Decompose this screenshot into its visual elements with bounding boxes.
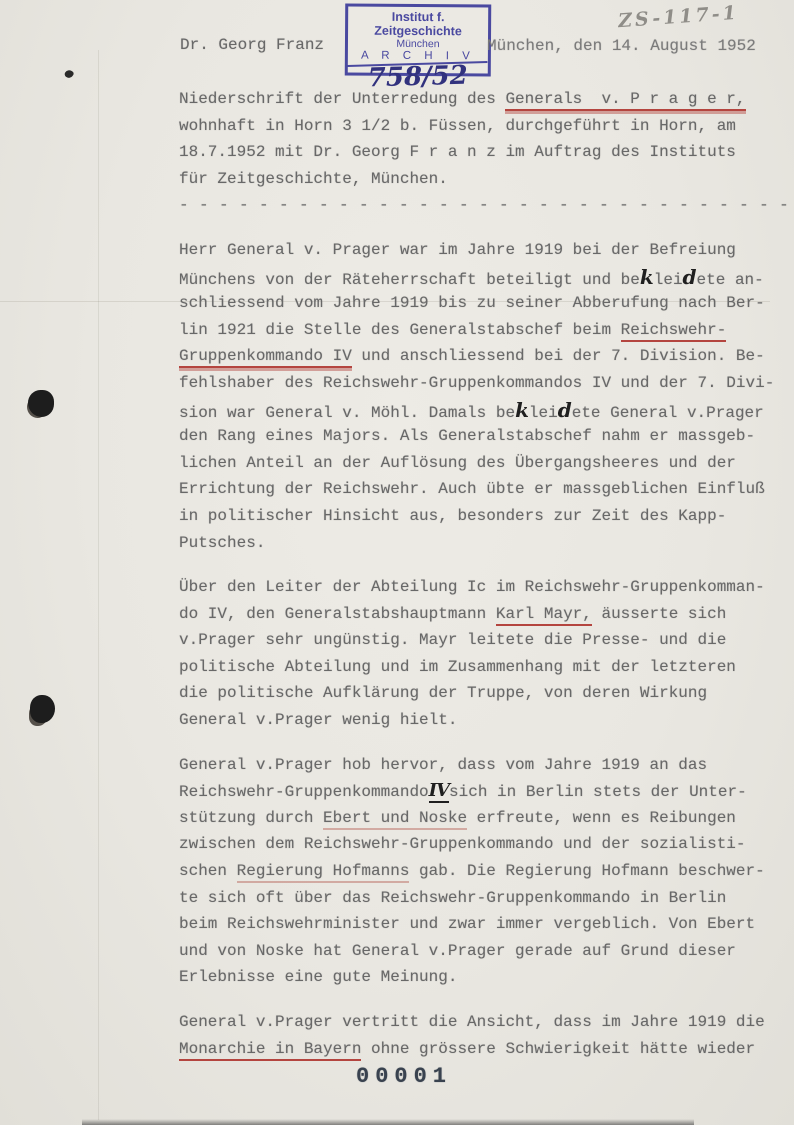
typed-segment-hw: k [640,265,654,289]
paper-fold-line [98,50,99,1120]
typed-segment: Niederschrift der Unterredung des [179,90,505,108]
typed-segment: und anschliessend bei der 7. Division. B… [352,347,765,365]
typed-segment: lei [529,404,558,422]
typed-segment: ohne grössere Schwierigkeit hätte wieder [361,1040,755,1058]
typed-segment-u-red: Reichswehr- [621,321,727,342]
typed-segment: stützung durch [179,809,323,827]
typed-segment: fehlshaber des Reichswehr-Gruppenkommand… [179,374,774,392]
paragraph-3: General v.Prager hob hervor, dass vom Ja… [179,752,794,991]
typed-segment: für Zeitgeschichte, München. [179,170,448,188]
hole-punch-mark-bottom [30,695,55,723]
handwritten-archive-ref: ZS-117-1 [617,2,739,32]
typed-line: stützung durch Ebert und Noske erfreute,… [179,805,794,832]
typed-line: 18.7.1952 mit Dr. Georg F r a n z im Auf… [179,139,794,166]
typed-line: te sich oft über das Reichswehr-Gruppenk… [179,885,794,912]
typed-segment: ete General v.Prager [572,404,764,422]
typed-line: und von Noske hat General v.Prager gerad… [179,938,794,965]
typed-segment: 18.7.1952 mit Dr. Georg F r a n z im Auf… [179,143,736,161]
typed-segment: den Rang eines Majors. Als Generalstabsc… [179,427,755,445]
typed-line: schliessend vom Jahre 1919 bis zu seiner… [179,290,794,317]
typed-body: Niederschrift der Unterredung des Genera… [179,86,794,1062]
typed-line: General v.Prager vertritt die Ansicht, d… [179,1009,794,1036]
typed-line: Herr General v. Prager war im Jahre 1919… [179,237,794,264]
typed-segment: sich in Berlin stets der Unter- [449,783,747,801]
typed-line: Errichtung der Reichswehr. Auch übte er … [179,476,794,503]
title-block: Niederschrift der Unterredung des Genera… [179,86,794,192]
typed-segment: wohnhaft in Horn 3 1/2 b. Füssen, durchg… [179,117,736,135]
scanned-document-page: Dr. Georg Franz Institut f. Zeitgeschich… [0,0,794,1125]
typed-segment-hw-u: IV [429,780,449,803]
typed-segment: lin 1921 die Stelle des Generalstabschef… [179,321,621,339]
typed-segment: zwischen dem Reichswehr-Gruppenkommando … [179,835,746,853]
typed-segment-u-faint: Regierung Hofmanns [237,862,410,883]
typed-line: die politische Aufklärung der Truppe, vo… [179,680,794,707]
paragraph-1: Herr General v. Prager war im Jahre 1919… [179,237,794,556]
typed-segment: te sich oft über das Reichswehr-Gruppenk… [179,889,726,907]
typed-segment: politische Abteilung und im Zusammenhang… [179,658,736,676]
typed-segment: erfreute, wenn es Reibungen [467,809,736,827]
typed-segment: Reichswehr-Gruppenkommando [179,783,429,801]
typed-segment-u-double: Generals v. P r a g e r, [505,90,745,111]
typed-line: Erlebnisse eine gute Meinung. [179,964,794,991]
typed-segment-u-red: Karl Mayr, [496,605,592,626]
typed-segment: v.Prager sehr ungünstig. Mayr leitete di… [179,631,726,649]
typed-segment-hw: k [515,398,529,422]
ink-speck [63,68,74,79]
typed-line: Münchens von der Räteherrschaft beteilig… [179,264,794,291]
typed-segment: gab. Die Regierung Hofmann beschwer- [409,862,764,880]
typed-segment: in politischer Hinsicht aus, besonders z… [179,507,726,525]
typed-line: fehlshaber des Reichswehr-Gruppenkommand… [179,370,794,397]
typed-segment: Über den Leiter der Abteilung Ic im Reic… [179,578,765,596]
typed-line: Monarchie in Bayern ohne grössere Schwie… [179,1036,794,1063]
typed-line: schen Regierung Hofmanns gab. Die Regier… [179,858,794,885]
typed-segment: General v.Prager wenig hielt. [179,711,457,729]
stamp-institute-name: Institut f. Zeitgeschichte [348,10,488,39]
typed-segment-u-faint: Ebert und Noske [323,809,467,830]
typed-line: General v.Prager wenig hielt. [179,707,794,734]
typed-segment: beim Reichswehrminister und zwar immer v… [179,915,755,933]
typed-segment-u-red: Monarchie in Bayern [179,1040,361,1061]
typed-segment: schliessend vom Jahre 1919 bis zu seiner… [179,294,765,312]
typed-line: General v.Prager hob hervor, dass vom Ja… [179,752,794,779]
typed-segment: und von Noske hat General v.Prager gerad… [179,942,736,960]
scan-bottom-edge [82,1119,694,1125]
typed-line: Gruppenkommando IV und anschliessend bei… [179,343,794,370]
typed-line: den Rang eines Majors. Als Generalstabsc… [179,423,794,450]
typed-segment: lei [654,271,683,289]
typed-segment: äusserte sich [592,605,726,623]
typed-line: Reichswehr-GruppenkommandoIVsich in Berl… [179,778,794,805]
typed-segment: Herr General v. Prager war im Jahre 1919… [179,241,736,259]
typed-segment-hw: d [558,398,572,422]
hole-punch-mark-top [28,390,54,417]
dashed-separator: - - - - - - - - - - - - - - - - - - - - … [179,192,794,219]
typed-segment: Erlebnisse eine gute Meinung. [179,968,457,986]
typed-segment-hw: d [683,265,697,289]
typed-line: lin 1921 die Stelle des Generalstabschef… [179,317,794,344]
typed-line: Über den Leiter der Abteilung Ic im Reic… [179,574,794,601]
typed-line: Putsches. [179,530,794,557]
typed-line: zwischen dem Reichswehr-Gruppenkommando … [179,831,794,858]
typed-line: beim Reichswehrminister und zwar immer v… [179,911,794,938]
author-line: Dr. Georg Franz [180,36,324,54]
typed-line: do IV, den Generalstabshauptmann Karl Ma… [179,601,794,628]
typed-line: sion war General v. Möhl. Damals bekleid… [179,397,794,424]
typed-segment: do IV, den Generalstabshauptmann [179,605,496,623]
paragraph-2: Über den Leiter der Abteilung Ic im Reic… [179,574,794,734]
place-date-line: München, den 14. August 1952 [487,37,756,55]
typed-segment: Münchens von der Räteherrschaft beteilig… [179,271,640,289]
typed-line: politische Abteilung und im Zusammenhang… [179,654,794,681]
typed-segment: sion war General v. Möhl. Damals be [179,404,515,422]
typed-segment: ete an- [697,271,764,289]
typed-segment: General v.Prager hob hervor, dass vom Ja… [179,756,707,774]
typed-segment: Errichtung der Reichswehr. Auch übte er … [179,480,765,498]
typed-line: v.Prager sehr ungünstig. Mayr leitete di… [179,627,794,654]
typed-line: in politischer Hinsicht aus, besonders z… [179,503,794,530]
archive-stamp: Institut f. Zeitgeschichte München A R C… [345,3,491,76]
typed-segment: Putsches. [179,534,265,552]
paragraph-4: General v.Prager vertritt die Ansicht, d… [179,1009,794,1062]
typed-segment: lichen Anteil an der Auflösung des Überg… [179,454,736,472]
page-number-stamp: 00001 [356,1064,452,1089]
typed-line: wohnhaft in Horn 3 1/2 b. Füssen, durchg… [179,113,794,140]
typed-line: lichen Anteil an der Auflösung des Überg… [179,450,794,477]
typed-segment-u-double: Gruppenkommando IV [179,347,352,368]
typed-segment: die politische Aufklärung der Truppe, vo… [179,684,707,702]
typed-segment: schen [179,862,237,880]
typed-line: für Zeitgeschichte, München. [179,166,794,193]
stamp-city: München [348,38,488,51]
typed-line: Niederschrift der Unterredung des Genera… [179,86,794,113]
typed-segment: General v.Prager vertritt die Ansicht, d… [179,1013,765,1031]
